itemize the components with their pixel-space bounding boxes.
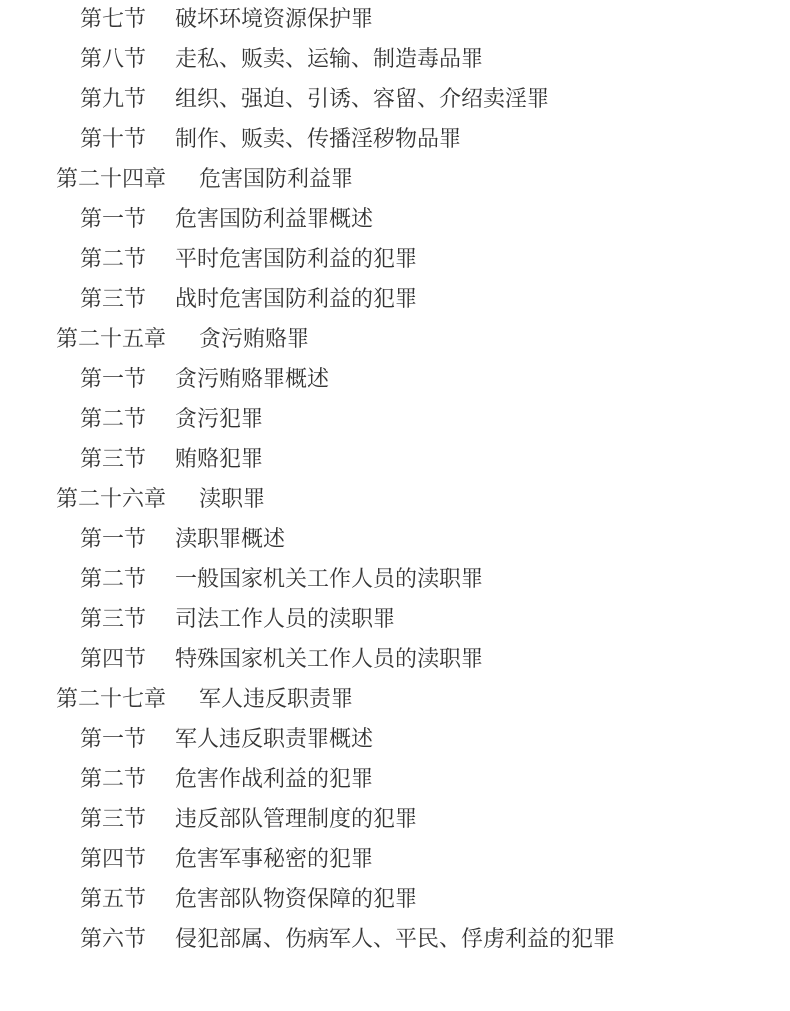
toc-section[interactable]: 第六节侵犯部属、伤病军人、平民、俘虏利益的犯罪 bbox=[80, 920, 615, 960]
toc-section[interactable]: 第二节贪污犯罪 bbox=[80, 400, 263, 440]
toc-section[interactable]: 第七节破坏环境资源保护罪 bbox=[80, 0, 373, 40]
toc-section[interactable]: 第三节司法工作人员的渎职罪 bbox=[80, 600, 395, 640]
section-number: 第二节 bbox=[80, 240, 175, 280]
section-number: 第三节 bbox=[80, 600, 175, 640]
chapter-title: 危害国防利益罪 bbox=[199, 160, 353, 200]
chapter-number: 第二十五章 bbox=[56, 320, 199, 360]
section-title: 司法工作人员的渎职罪 bbox=[175, 600, 395, 640]
section-title: 战时危害国防利益的犯罪 bbox=[175, 280, 417, 320]
section-number: 第九节 bbox=[80, 80, 175, 120]
section-number: 第十节 bbox=[80, 120, 175, 160]
chapter-number: 第二十四章 bbox=[56, 160, 199, 200]
toc-section[interactable]: 第九节组织、强迫、引诱、容留、介绍卖淫罪 bbox=[80, 80, 549, 120]
section-number: 第七节 bbox=[80, 0, 175, 40]
section-title: 贪污犯罪 bbox=[175, 400, 263, 440]
section-number: 第二节 bbox=[80, 400, 175, 440]
section-title: 危害部队物资保障的犯罪 bbox=[175, 880, 417, 920]
toc-chapter[interactable]: 第二十六章渎职罪 bbox=[56, 480, 265, 520]
toc-section[interactable]: 第三节战时危害国防利益的犯罪 bbox=[80, 280, 417, 320]
toc-section[interactable]: 第四节特殊国家机关工作人员的渎职罪 bbox=[80, 640, 483, 680]
toc-section[interactable]: 第二节平时危害国防利益的犯罪 bbox=[80, 240, 417, 280]
chapter-title: 渎职罪 bbox=[199, 480, 265, 520]
toc-section[interactable]: 第十节制作、贩卖、传播淫秽物品罪 bbox=[80, 120, 461, 160]
section-title: 平时危害国防利益的犯罪 bbox=[175, 240, 417, 280]
section-title: 贪污贿赂罪概述 bbox=[175, 360, 329, 400]
toc-section[interactable]: 第一节渎职罪概述 bbox=[80, 520, 285, 560]
section-title: 危害国防利益罪概述 bbox=[175, 200, 373, 240]
chapter-number: 第二十六章 bbox=[56, 480, 199, 520]
toc-chapter[interactable]: 第二十四章危害国防利益罪 bbox=[56, 160, 353, 200]
chapter-title: 军人违反职责罪 bbox=[199, 680, 353, 720]
section-number: 第一节 bbox=[80, 720, 175, 760]
section-title: 走私、贩卖、运输、制造毒品罪 bbox=[175, 40, 483, 80]
section-number: 第二节 bbox=[80, 760, 175, 800]
section-title: 危害军事秘密的犯罪 bbox=[175, 840, 373, 880]
toc-section[interactable]: 第二节一般国家机关工作人员的渎职罪 bbox=[80, 560, 483, 600]
toc-section[interactable]: 第一节贪污贿赂罪概述 bbox=[80, 360, 329, 400]
section-number: 第六节 bbox=[80, 920, 175, 960]
section-number: 第三节 bbox=[80, 800, 175, 840]
section-number: 第四节 bbox=[80, 840, 175, 880]
section-title: 贿赂犯罪 bbox=[175, 440, 263, 480]
chapter-title: 贪污贿赂罪 bbox=[199, 320, 309, 360]
section-number: 第四节 bbox=[80, 640, 175, 680]
toc-section[interactable]: 第三节违反部队管理制度的犯罪 bbox=[80, 800, 417, 840]
section-title: 渎职罪概述 bbox=[175, 520, 285, 560]
section-title: 军人违反职责罪概述 bbox=[175, 720, 373, 760]
toc-section[interactable]: 第四节危害军事秘密的犯罪 bbox=[80, 840, 373, 880]
section-number: 第一节 bbox=[80, 520, 175, 560]
section-title: 侵犯部属、伤病军人、平民、俘虏利益的犯罪 bbox=[175, 920, 615, 960]
toc-chapter[interactable]: 第二十五章贪污贿赂罪 bbox=[56, 320, 309, 360]
section-title: 一般国家机关工作人员的渎职罪 bbox=[175, 560, 483, 600]
section-title: 特殊国家机关工作人员的渎职罪 bbox=[175, 640, 483, 680]
section-number: 第一节 bbox=[80, 200, 175, 240]
toc-section[interactable]: 第八节走私、贩卖、运输、制造毒品罪 bbox=[80, 40, 483, 80]
chapter-number: 第二十七章 bbox=[56, 680, 199, 720]
toc-chapter[interactable]: 第二十七章军人违反职责罪 bbox=[56, 680, 353, 720]
section-number: 第五节 bbox=[80, 880, 175, 920]
section-number: 第三节 bbox=[80, 280, 175, 320]
toc-section[interactable]: 第三节贿赂犯罪 bbox=[80, 440, 263, 480]
section-title: 制作、贩卖、传播淫秽物品罪 bbox=[175, 120, 461, 160]
section-number: 第八节 bbox=[80, 40, 175, 80]
toc-section[interactable]: 第一节危害国防利益罪概述 bbox=[80, 200, 373, 240]
toc-section[interactable]: 第五节危害部队物资保障的犯罪 bbox=[80, 880, 417, 920]
section-number: 第二节 bbox=[80, 560, 175, 600]
toc-section[interactable]: 第一节军人违反职责罪概述 bbox=[80, 720, 373, 760]
section-number: 第一节 bbox=[80, 360, 175, 400]
section-number: 第三节 bbox=[80, 440, 175, 480]
section-title: 组织、强迫、引诱、容留、介绍卖淫罪 bbox=[175, 80, 549, 120]
toc-section[interactable]: 第二节危害作战利益的犯罪 bbox=[80, 760, 373, 800]
section-title: 破坏环境资源保护罪 bbox=[175, 0, 373, 40]
section-title: 危害作战利益的犯罪 bbox=[175, 760, 373, 800]
section-title: 违反部队管理制度的犯罪 bbox=[175, 800, 417, 840]
